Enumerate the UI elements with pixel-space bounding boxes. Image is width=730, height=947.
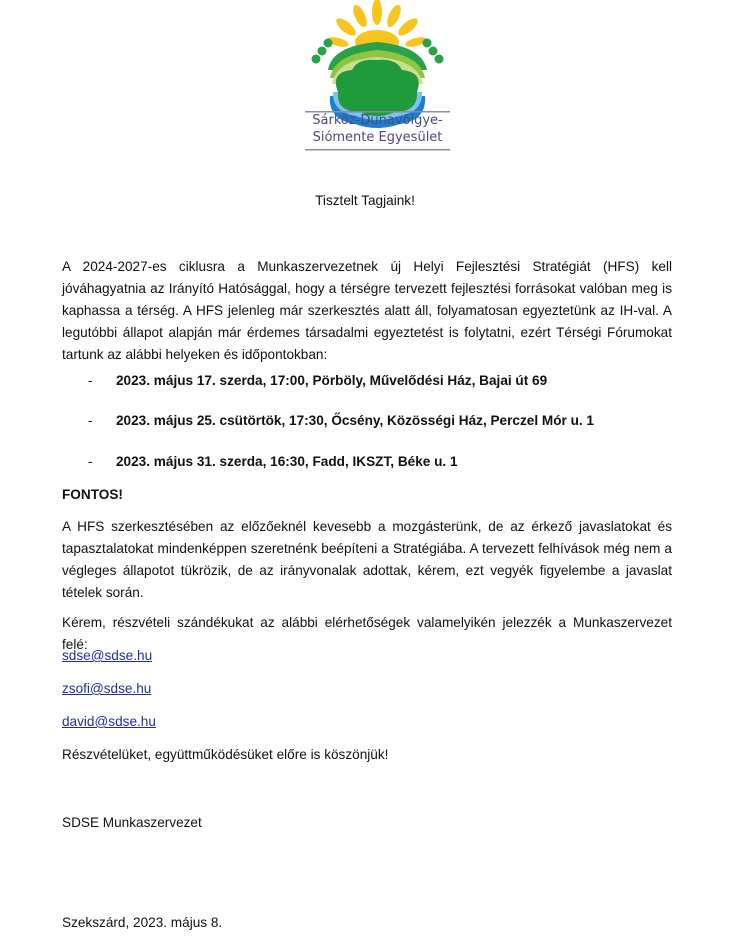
event-text: 2023. május 17. szerda, 17:00, Pörböly, …	[116, 373, 547, 388]
event-item: -2023. május 31. szerda, 16:30, Fadd, IK…	[88, 451, 458, 473]
bullet-dash: -	[88, 410, 116, 432]
event-text: 2023. május 25. csütörtök, 17:30, Őcsény…	[116, 413, 594, 428]
thanks-line: Részvételüket, együttműködésüket előre i…	[62, 744, 388, 766]
letter-page: Sárköz-Dunavölgye- Siómente Egyesület Ti…	[0, 0, 730, 947]
intro-paragraph: A 2024-2027-es ciklusra a Munkaszervezet…	[62, 256, 672, 366]
logo-line-1: Sárköz-Dunavölgye-	[305, 112, 450, 129]
signature: SDSE Munkaszervezet	[62, 812, 202, 834]
email-link-david[interactable]: david@sdse.hu	[62, 711, 156, 733]
request-paragraph: Kérem, részvételi szándékukat az alábbi …	[62, 612, 672, 656]
event-item: -2023. május 25. csütörtök, 17:30, Őcsén…	[88, 410, 594, 432]
important-label: FONTOS!	[62, 484, 123, 506]
event-item: -2023. május 17. szerda, 17:00, Pörböly,…	[88, 370, 547, 392]
logo-line-2: Siómente Egyesület	[305, 129, 450, 146]
bullet-dash: -	[88, 370, 116, 392]
logo-caption: Sárköz-Dunavölgye- Siómente Egyesület	[305, 112, 450, 146]
event-text: 2023. május 31. szerda, 16:30, Fadd, IKS…	[116, 454, 458, 469]
place-date: Szekszárd, 2023. május 8.	[62, 912, 222, 934]
important-paragraph: A HFS szerkesztésében az előzőeknél keve…	[62, 516, 672, 604]
bullet-dash: -	[88, 451, 116, 473]
greeting: Tisztelt Tagjaink!	[0, 190, 730, 212]
email-link-zsofi[interactable]: zsofi@sdse.hu	[62, 678, 151, 700]
email-link-sdse[interactable]: sdse@sdse.hu	[62, 645, 152, 667]
